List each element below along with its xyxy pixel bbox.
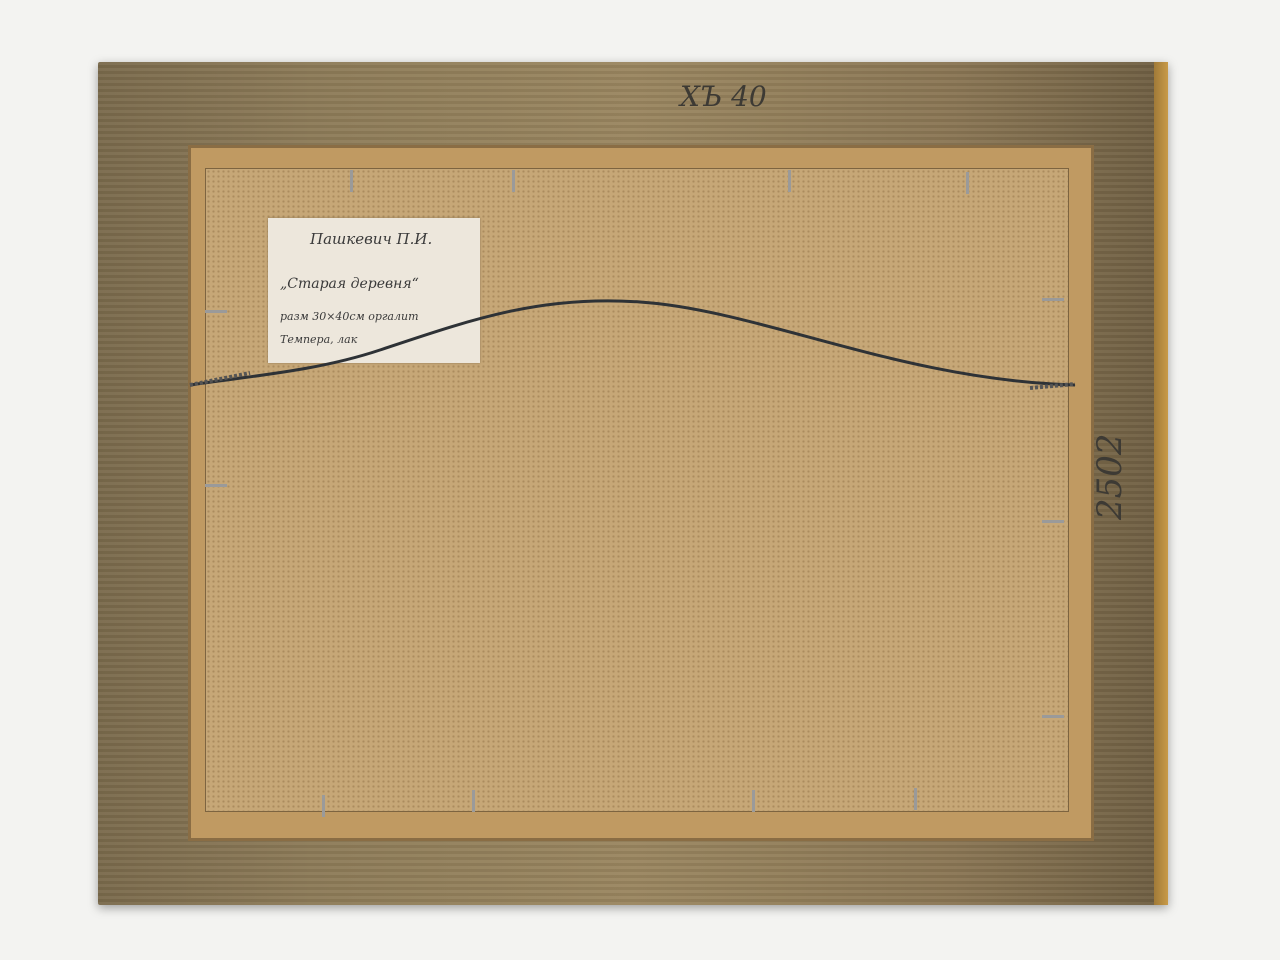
hanging-wire bbox=[0, 0, 1280, 960]
pencil-mark-right: 2502 bbox=[1090, 433, 1130, 520]
pencil-mark-top: ХЪ 40 bbox=[680, 80, 767, 113]
